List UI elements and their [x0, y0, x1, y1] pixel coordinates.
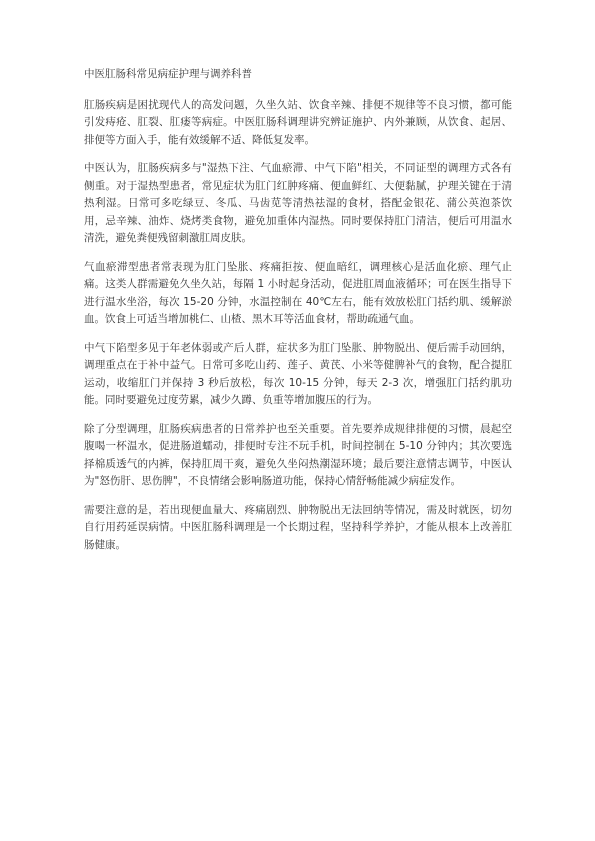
paragraph-damp-heat-type: 中医认为，肛肠疾病多与"湿热下注、气血瘀滞、中气下陷"相关，不同证型的调理方式各…	[84, 160, 512, 248]
paragraph-daily-care: 除了分型调理，肛肠疾病患者的日常养护也至关重要。首先要养成规律排便的习惯，晨起空…	[84, 421, 512, 491]
paragraph-qi-sinking-type: 中气下陷型多见于年老体弱或产后人群，症状多为肛门坠胀、肿物脱出、便后需手动回纳，…	[84, 340, 512, 410]
paragraph-qi-blood-stasis-type: 气血瘀滞型患者常表现为肛门坠胀、疼痛拒按、便血暗红，调理核心是活血化瘀、理气止痛…	[84, 259, 512, 329]
paragraph-intro: 肛肠疾病是困扰现代人的高发问题，久坐久站、饮食辛辣、排便不规律等不良习惯，都可能…	[84, 97, 512, 150]
document-title: 中医肛肠科常见病症护理与调养科普	[84, 66, 512, 84]
paragraph-caution: 需要注意的是，若出现便血量大、疼痛剧烈、肿物脱出无法回纳等情况，需及时就医，切勿…	[84, 502, 512, 555]
document-page: 中医肛肠科常见病症护理与调养科普 肛肠疾病是困扰现代人的高发问题，久坐久站、饮食…	[0, 0, 595, 841]
